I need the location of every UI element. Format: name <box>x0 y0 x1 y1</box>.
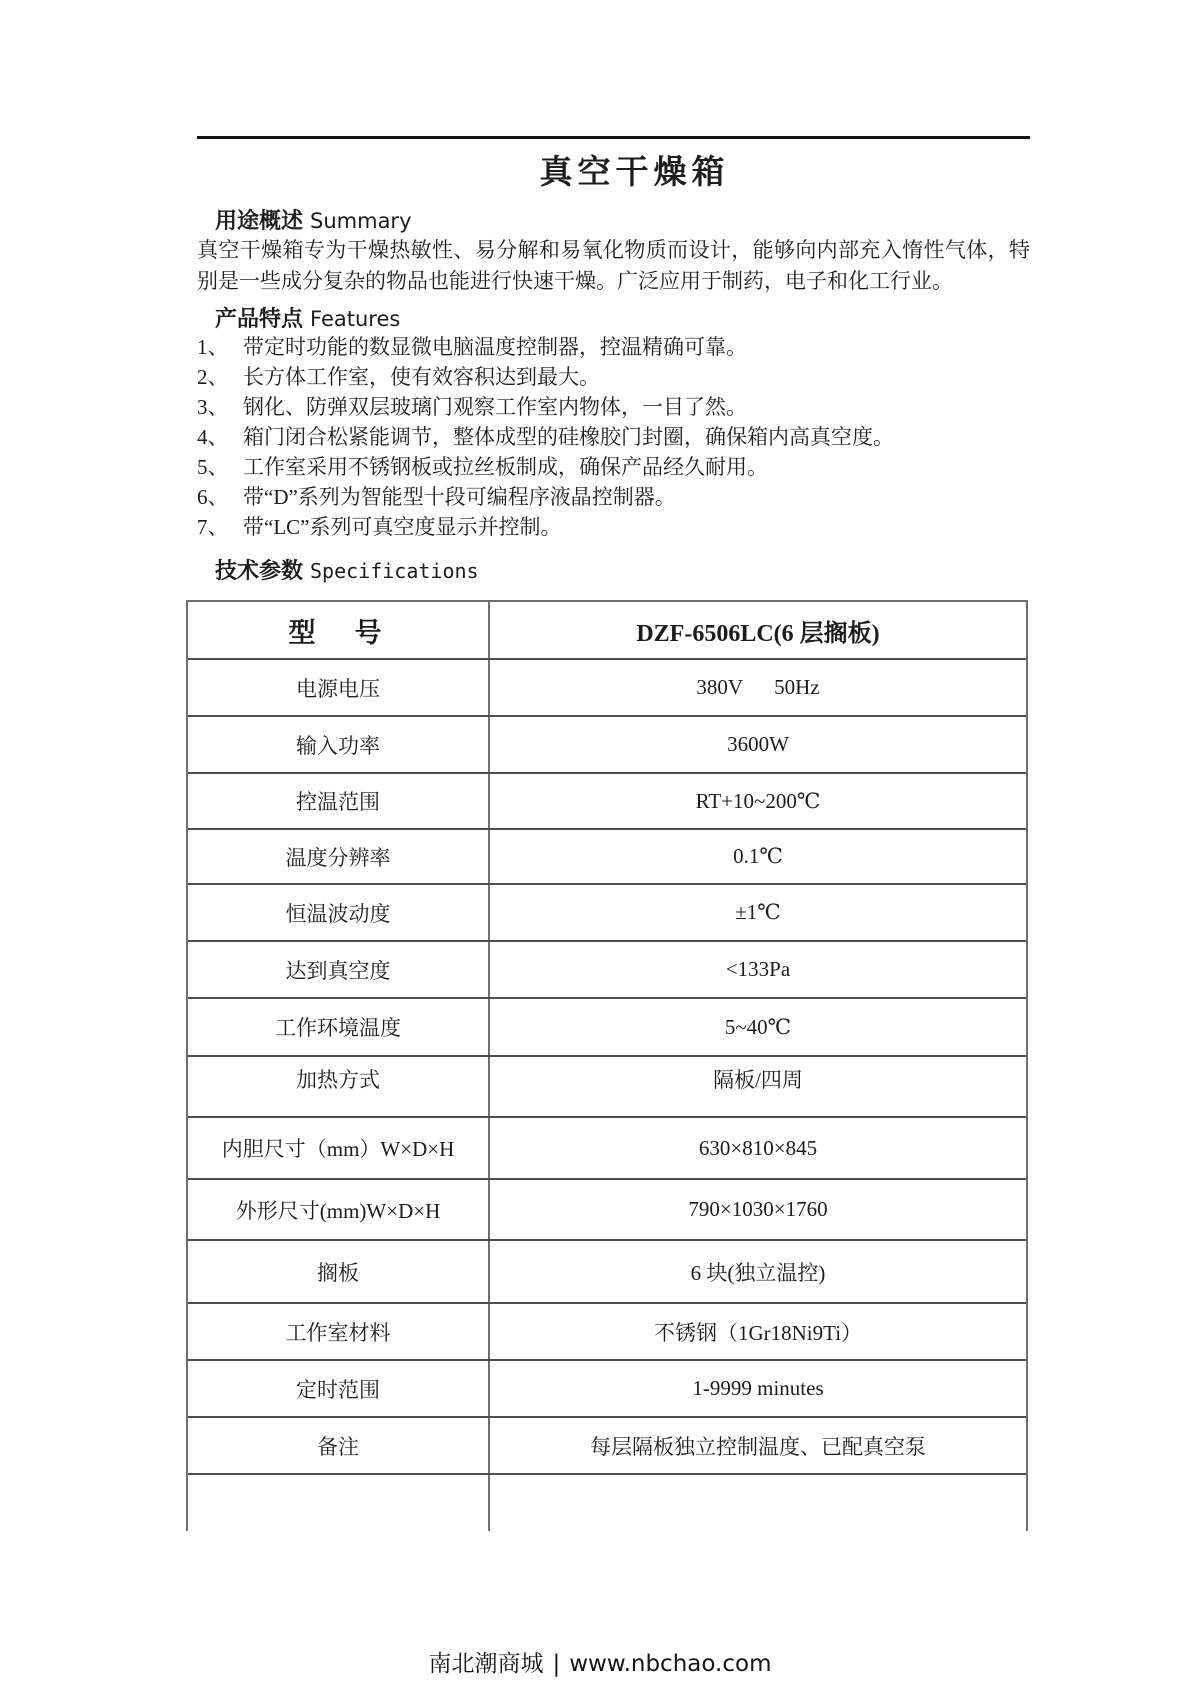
spec-label: 工作环境温度 <box>188 999 490 1055</box>
spec-value: 380V 50Hz <box>490 660 1026 715</box>
list-item-marker: 6、 <box>197 481 243 511</box>
model-value-cell: DZF-6506LC(6 层搁板) <box>490 602 1026 658</box>
spec-value: 790×1030×1760 <box>490 1180 1026 1239</box>
list-item: 5、工作室采用不锈钢板或拉丝板制成，确保产品经久耐用。 <box>197 451 1030 481</box>
list-item: 4、箱门闭合松紧能调节，整体成型的硅橡胶门封圈，确保箱内高真空度。 <box>197 421 1030 451</box>
specifications-table: 型 号 DZF-6506LC(6 层搁板) 电源电压 380V 50Hz 输入功… <box>186 600 1028 1531</box>
table-row: 加热方式 隔板/四周 <box>188 1057 1026 1118</box>
spec-value: <133Pa <box>490 942 1026 997</box>
specifications-heading: 技术参数Specifications <box>215 554 479 585</box>
features-heading-en: Features <box>310 307 400 331</box>
list-item: 7、带“LC”系列可真空度显示并控制。 <box>197 511 1030 541</box>
spec-value: 3600W <box>490 717 1026 772</box>
summary-heading-en: Summary <box>310 209 411 233</box>
footer-brand: 南北潮商城 <box>429 1651 544 1677</box>
footer: 南北潮商城|www.nbchao.com <box>0 1645 1200 1678</box>
list-item-marker: 3、 <box>197 391 243 421</box>
spec-label: 电源电压 <box>188 660 490 715</box>
title-rule-divider <box>197 136 1030 139</box>
spec-label: 加热方式 <box>188 1057 490 1116</box>
list-item-text: 工作室采用不锈钢板或拉丝板制成，确保产品经久耐用。 <box>243 451 1030 481</box>
list-item-marker: 2、 <box>197 361 243 391</box>
table-row: 温度分辨率 0.1℃ <box>188 830 1026 885</box>
list-item-marker: 4、 <box>197 421 243 451</box>
footer-separator: | <box>553 1651 561 1677</box>
table-row: 控温范围 RT+10~200℃ <box>188 774 1026 830</box>
page-title: 真空干燥箱 <box>218 146 1051 193</box>
features-list: 1、带定时功能的数显微电脑温度控制器，控温精确可靠。 2、长方体工作室，使有效容… <box>197 331 1030 541</box>
table-row: 定时范围 1-9999 minutes <box>188 1361 1026 1418</box>
summary-paragraph: 真空干燥箱专为干燥热敏性、易分解和易氧化物质而设计，能够向内部充入惰性气体，特 … <box>197 235 1030 297</box>
list-item-text: 带“D”系列为智能型十段可编程序液晶控制器。 <box>243 481 1030 511</box>
spec-value: ±1℃ <box>490 885 1026 940</box>
spec-label: 外形尺寸(mm)W×D×H <box>188 1180 490 1239</box>
specifications-heading-en: Specifications <box>310 559 479 583</box>
summary-heading-zh: 用途概述 <box>215 208 303 233</box>
list-item-text: 长方体工作室，使有效容积达到最大。 <box>243 361 1030 391</box>
spec-label: 温度分辨率 <box>188 830 490 883</box>
table-row: 电源电压 380V 50Hz <box>188 660 1026 717</box>
table-row: 恒温波动度 ±1℃ <box>188 885 1026 942</box>
list-item: 6、带“D”系列为智能型十段可编程序液晶控制器。 <box>197 481 1030 511</box>
spec-value: RT+10~200℃ <box>490 774 1026 828</box>
spec-label: 定时范围 <box>188 1361 490 1416</box>
list-item: 3、钢化、防弹双层玻璃门观察工作室内物体，一目了然。 <box>197 391 1030 421</box>
document-page: 真空干燥箱 用途概述Summary 真空干燥箱专为干燥热敏性、易分解和易氧化物质… <box>0 0 1200 1697</box>
table-row: 备注 每层隔板独立控制温度、已配真空泵 <box>188 1418 1026 1475</box>
list-item-marker: 1、 <box>197 331 243 361</box>
spec-label: 搁板 <box>188 1241 490 1302</box>
spec-value <box>490 1475 1026 1531</box>
spec-value: 1-9999 minutes <box>490 1361 1026 1416</box>
spec-label: 控温范围 <box>188 774 490 828</box>
spec-label: 达到真空度 <box>188 942 490 997</box>
list-item-text: 带定时功能的数显微电脑温度控制器，控温精确可靠。 <box>243 331 1030 361</box>
spec-value: 5~40℃ <box>490 999 1026 1055</box>
spec-value: 不锈钢（1Gr18Ni9Ti） <box>490 1304 1026 1359</box>
spec-label <box>188 1475 490 1531</box>
table-header-row: 型 号 DZF-6506LC(6 层搁板) <box>188 602 1026 660</box>
spec-value: 630×810×845 <box>490 1118 1026 1178</box>
table-row: 搁板 6 块(独立温控) <box>188 1241 1026 1304</box>
spec-label: 工作室材料 <box>188 1304 490 1359</box>
list-item: 1、带定时功能的数显微电脑温度控制器，控温精确可靠。 <box>197 331 1030 361</box>
features-heading: 产品特点Features <box>215 302 400 333</box>
table-row: 工作环境温度 5~40℃ <box>188 999 1026 1057</box>
table-row: 外形尺寸(mm)W×D×H 790×1030×1760 <box>188 1180 1026 1241</box>
footer-url: www.nbchao.com <box>569 1651 771 1677</box>
table-row: 内胆尺寸（mm）W×D×H 630×810×845 <box>188 1118 1026 1180</box>
list-item-marker: 7、 <box>197 511 243 541</box>
list-item: 2、长方体工作室，使有效容积达到最大。 <box>197 361 1030 391</box>
list-item-text: 带“LC”系列可真空度显示并控制。 <box>243 511 1030 541</box>
list-item-text: 钢化、防弹双层玻璃门观察工作室内物体，一目了然。 <box>243 391 1030 421</box>
list-item-marker: 5、 <box>197 451 243 481</box>
spec-value: 每层隔板独立控制温度、已配真空泵 <box>490 1418 1026 1473</box>
spec-label: 备注 <box>188 1418 490 1473</box>
summary-line-2: 别是一些成分复杂的物品也能进行快速干燥。广泛应用于制药，电子和化工行业。 <box>197 266 1030 297</box>
summary-heading: 用途概述Summary <box>215 204 412 235</box>
spec-label: 内胆尺寸（mm）W×D×H <box>188 1118 490 1178</box>
summary-line-1: 真空干燥箱专为干燥热敏性、易分解和易氧化物质而设计，能够向内部充入惰性气体，特 <box>197 235 1030 266</box>
model-label-cell: 型 号 <box>188 602 490 658</box>
table-row: 输入功率 3600W <box>188 717 1026 774</box>
spec-value: 隔板/四周 <box>490 1057 1026 1116</box>
list-item-text: 箱门闭合松紧能调节，整体成型的硅橡胶门封圈，确保箱内高真空度。 <box>243 421 1030 451</box>
features-heading-zh: 产品特点 <box>215 306 303 331</box>
specifications-heading-zh: 技术参数 <box>215 558 303 583</box>
table-row: 达到真空度 <133Pa <box>188 942 1026 999</box>
spec-label: 恒温波动度 <box>188 885 490 940</box>
table-row: 工作室材料 不锈钢（1Gr18Ni9Ti） <box>188 1304 1026 1361</box>
spec-value: 0.1℃ <box>490 830 1026 883</box>
spec-value: 6 块(独立温控) <box>490 1241 1026 1302</box>
table-row-empty <box>188 1475 1026 1531</box>
spec-label: 输入功率 <box>188 717 490 772</box>
